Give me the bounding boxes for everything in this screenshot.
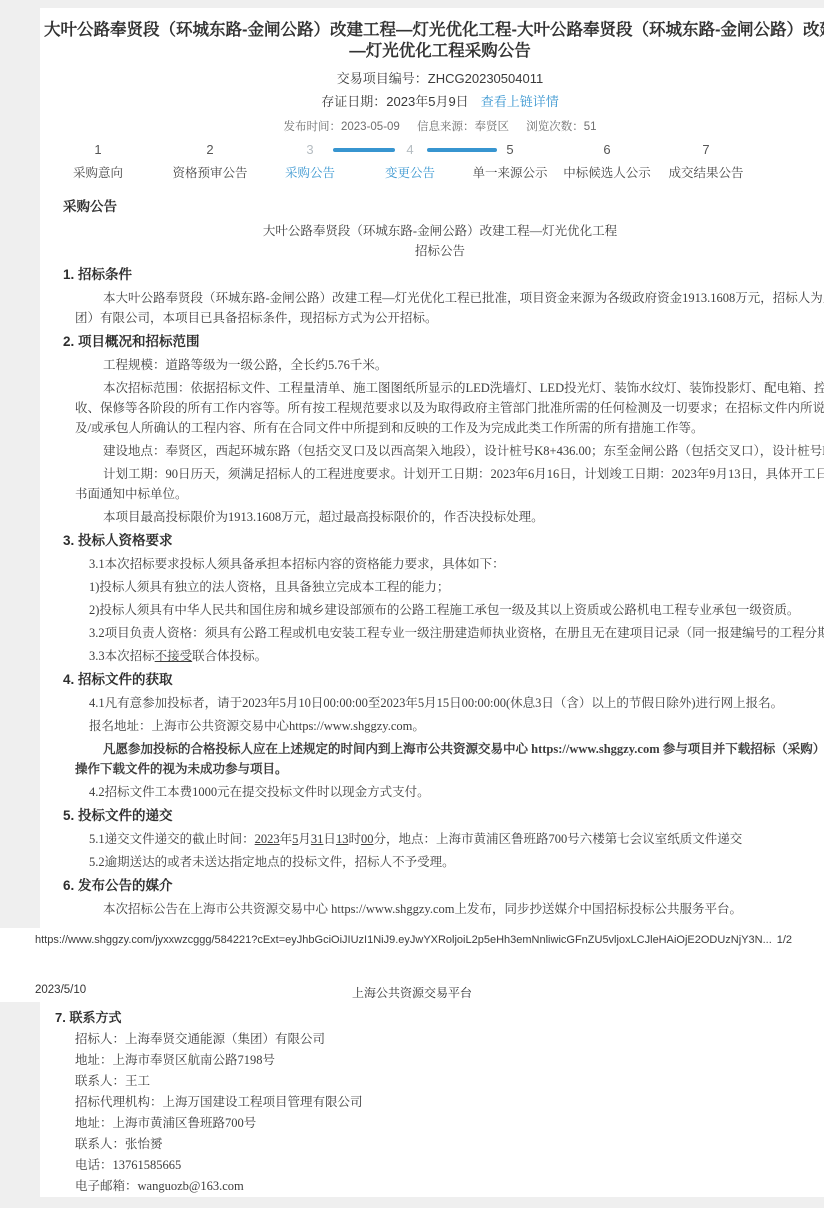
step-number: 8 bbox=[815, 141, 824, 159]
doc-line: 收、保修等各阶段的所有工作内容等。所有按工程规范要求以及为取得政府主管部门批准所… bbox=[75, 398, 824, 418]
section-heading: 4. 招标文件的获取 bbox=[63, 670, 824, 690]
page2-lines: 7. 联系方式招标人：上海奉贤交通能源（集团）有限公司地址：上海市奉贤区航南公路… bbox=[40, 1008, 824, 1196]
doc-line: 建设地点：奉贤区，西起环城东路（包括交叉口及以西高架入地段），设计桩号K8+43… bbox=[75, 441, 824, 461]
doc-line: 联系人：王工 bbox=[75, 1071, 824, 1091]
print-footer: https://www.shggzy.com/jyxxwzcggg/584221… bbox=[35, 934, 792, 946]
page-title-line1: 大叶公路奉贤段（环城东路-金闸公路）改建工程—灯光优化工程-大叶公路奉贤段（环城… bbox=[40, 20, 824, 41]
page2-content-card: 7. 联系方式招标人：上海奉贤交通能源（集团）有限公司地址：上海市奉贤区航南公路… bbox=[40, 1002, 824, 1197]
section-heading: 3. 投标人资格要求 bbox=[63, 531, 824, 551]
doc-line: 2)投标人须具有中华人民共和国住房和城乡建设部颁布的公路工程施工承包一级及其以上… bbox=[75, 600, 824, 620]
page1-content-card: 大叶公路奉贤段（环城东路-金闸公路）改建工程—灯光优化工程-大叶公路奉贤段（环城… bbox=[40, 8, 824, 928]
section-heading: 6. 发布公告的媒介 bbox=[63, 876, 824, 896]
print-header-site-title: 上海公共资源交易平台 bbox=[0, 984, 824, 1001]
doc-line: 及/或承包人所确认的工程内容、所有在合同文件中所提到和反映的工作及为完成此类工作… bbox=[75, 418, 824, 438]
doc-line: 本次招标公告在上海市公共资源交易中心 https://www.shggzy.co… bbox=[75, 899, 824, 919]
doc-line: 操作下载文件的视为未成功参与项目。 bbox=[75, 759, 824, 779]
text-segment: 5.1递交文件递交的截止时间： bbox=[89, 832, 255, 846]
step-7: 7成交结果公告 bbox=[636, 141, 776, 182]
project-number: 交易项目编号：ZHCG20230504011 bbox=[40, 69, 824, 88]
publish-meta-row: 发布时间：2023-05-09 信息来源：奉贤区 浏览次数：51 bbox=[40, 119, 824, 135]
doc-line: 凡愿参加投标的合格投标人应在上述规定的时间内到上海市公共资源交易中心 https… bbox=[75, 739, 824, 759]
section-heading: 2. 项目概况和招标范围 bbox=[63, 332, 824, 352]
text-segment: 年 bbox=[280, 832, 293, 846]
step-label: 成交结果公告 bbox=[636, 164, 776, 182]
doc-line: 电子邮箱：wanguozb@163.com bbox=[75, 1176, 824, 1196]
info-source: 信息来源：奉贤区 bbox=[417, 121, 509, 133]
step-8: 8合同公告 bbox=[815, 141, 824, 182]
section-heading: 1. 招标条件 bbox=[63, 265, 824, 285]
doc-line: 本大叶公路奉贤段（环城东路-金闸公路）改建工程—灯光优化工程已批准，项目资金来源… bbox=[75, 288, 824, 308]
steps-row: 1采购意向2资格预审公告3采购公告4变更公告5单一来源公示6中标候选人公示7成交… bbox=[40, 141, 824, 193]
text-segment: 日 bbox=[323, 832, 336, 846]
doc-line: 报名地址：上海市公共资源交易中心https://www.shggzy.com。 bbox=[75, 716, 824, 736]
underlined-text: 2023 bbox=[255, 832, 280, 846]
doc-line: 招标代理机构：上海万国建设工程项目管理有限公司 bbox=[75, 1092, 824, 1112]
print-preview-page: { "colors": { "accent": "#3795d0", "page… bbox=[0, 0, 824, 1216]
doc-line: 5.1递交文件递交的截止时间：2023年5月31日13时00分，地点：上海市黄浦… bbox=[75, 829, 824, 849]
doc-line: 本项目最高投标限价为1913.1608万元，超过最高投标限价的，作否决投标处理。 bbox=[75, 507, 824, 527]
text-segment: 时 bbox=[348, 832, 361, 846]
doc-line: 4.1凡有意参加投标者，请于2023年5月10日00:00:00至2023年5月… bbox=[75, 693, 824, 713]
doc-line: 招标公告 bbox=[40, 241, 824, 261]
deposit-date: 存证日期：2023年5月9日 bbox=[321, 94, 468, 109]
publish-time: 发布时间：2023-05-09 bbox=[283, 121, 399, 133]
underlined-text: 31 bbox=[311, 832, 324, 846]
doc-line: 4.2招标文件工本费1000元在提交投标文件时以现金方式支付。 bbox=[75, 782, 824, 802]
text-segment: 3.3本次招标 bbox=[89, 649, 155, 663]
underlined-text: 00 bbox=[361, 832, 374, 846]
deposit-row: 存证日期：2023年5月9日查看上链详情 bbox=[40, 92, 824, 111]
underlined-text: 不接受 bbox=[155, 649, 193, 663]
step-label: 合同公告 bbox=[815, 164, 824, 182]
doc-line: 3.1本次招标要求投标人须具备承担本招标内容的资格能力要求，具体如下： bbox=[75, 554, 824, 574]
section-heading: 5. 投标文件的递交 bbox=[63, 806, 824, 826]
text-segment: 联合体投标。 bbox=[192, 649, 267, 663]
doc-line: 1)投标人须具有独立的法人资格，且具备独立完成本工程的能力； bbox=[75, 577, 824, 597]
step-number: 7 bbox=[636, 141, 776, 159]
doc-line: 5.2逾期送达的或者未送达指定地点的投标文件，招标人不予受理。 bbox=[75, 852, 824, 872]
doc-line: 招标人：上海奉贤交通能源（集团）有限公司 bbox=[75, 1029, 824, 1049]
print-header-page2: 2023/5/10 上海公共资源交易平台 bbox=[0, 984, 824, 1000]
doc-line: 3.2项目负责人资格：须具有公路工程或机电安装工程专业一级注册建造师执业资格，在… bbox=[75, 623, 824, 643]
doc-line: 大叶公路奉贤段（环城东路-金闸公路）改建工程—灯光优化工程 bbox=[40, 221, 824, 241]
view-chain-link[interactable]: 查看上链详情 bbox=[481, 94, 559, 109]
doc-line: 本次招标范围：依据招标文件、工程量清单、施工图图纸所显示的LED洗墙灯、LED投… bbox=[75, 378, 824, 398]
doc-line: 电话：13761585665 bbox=[75, 1155, 824, 1175]
doc-line: 工程规模：道路等级为一级公路，全长约5.76千米。 bbox=[75, 355, 824, 375]
page-title-line2: —灯光优化工程采购公告 bbox=[40, 41, 824, 62]
text-segment: 分，地点：上海市黄浦区鲁班路700号六楼第七会议室纸质文件递交 bbox=[373, 832, 742, 846]
page1-lines: 大叶公路奉贤段（环城东路-金闸公路）改建工程—灯光优化工程招标公告1. 招标条件… bbox=[40, 221, 824, 919]
print-footer-page-number: 1/2 bbox=[777, 934, 792, 946]
doc-line: 地址：上海市奉贤区航南公路7198号 bbox=[75, 1050, 824, 1070]
doc-line: 书面通知中标单位。 bbox=[75, 484, 824, 504]
page-title: 大叶公路奉贤段（环城东路-金闸公路）改建工程—灯光优化工程-大叶公路奉贤段（环城… bbox=[40, 20, 824, 62]
print-footer-url: https://www.shggzy.com/jyxxwzcggg/584221… bbox=[35, 934, 772, 946]
doc-line: 3.3本次招标不接受联合体投标。 bbox=[75, 646, 824, 666]
announcement-section-label: 采购公告 bbox=[63, 197, 824, 217]
doc-line: 团）有限公司，本项目已具备招标条件，现招标方式为公开招标。 bbox=[75, 308, 824, 328]
view-count: 浏览次数：51 bbox=[526, 121, 596, 133]
underlined-text: 13 bbox=[336, 832, 349, 846]
text-segment: 月 bbox=[298, 832, 311, 846]
section-heading: 7. 联系方式 bbox=[55, 1008, 824, 1028]
doc-line: 联系人：张怡赟 bbox=[75, 1134, 824, 1154]
doc-line: 计划工期：90日历天，须满足招标人的工程进度要求。计划开工日期：2023年6月1… bbox=[75, 464, 824, 484]
doc-line: 地址：上海市黄浦区鲁班路700号 bbox=[75, 1113, 824, 1133]
